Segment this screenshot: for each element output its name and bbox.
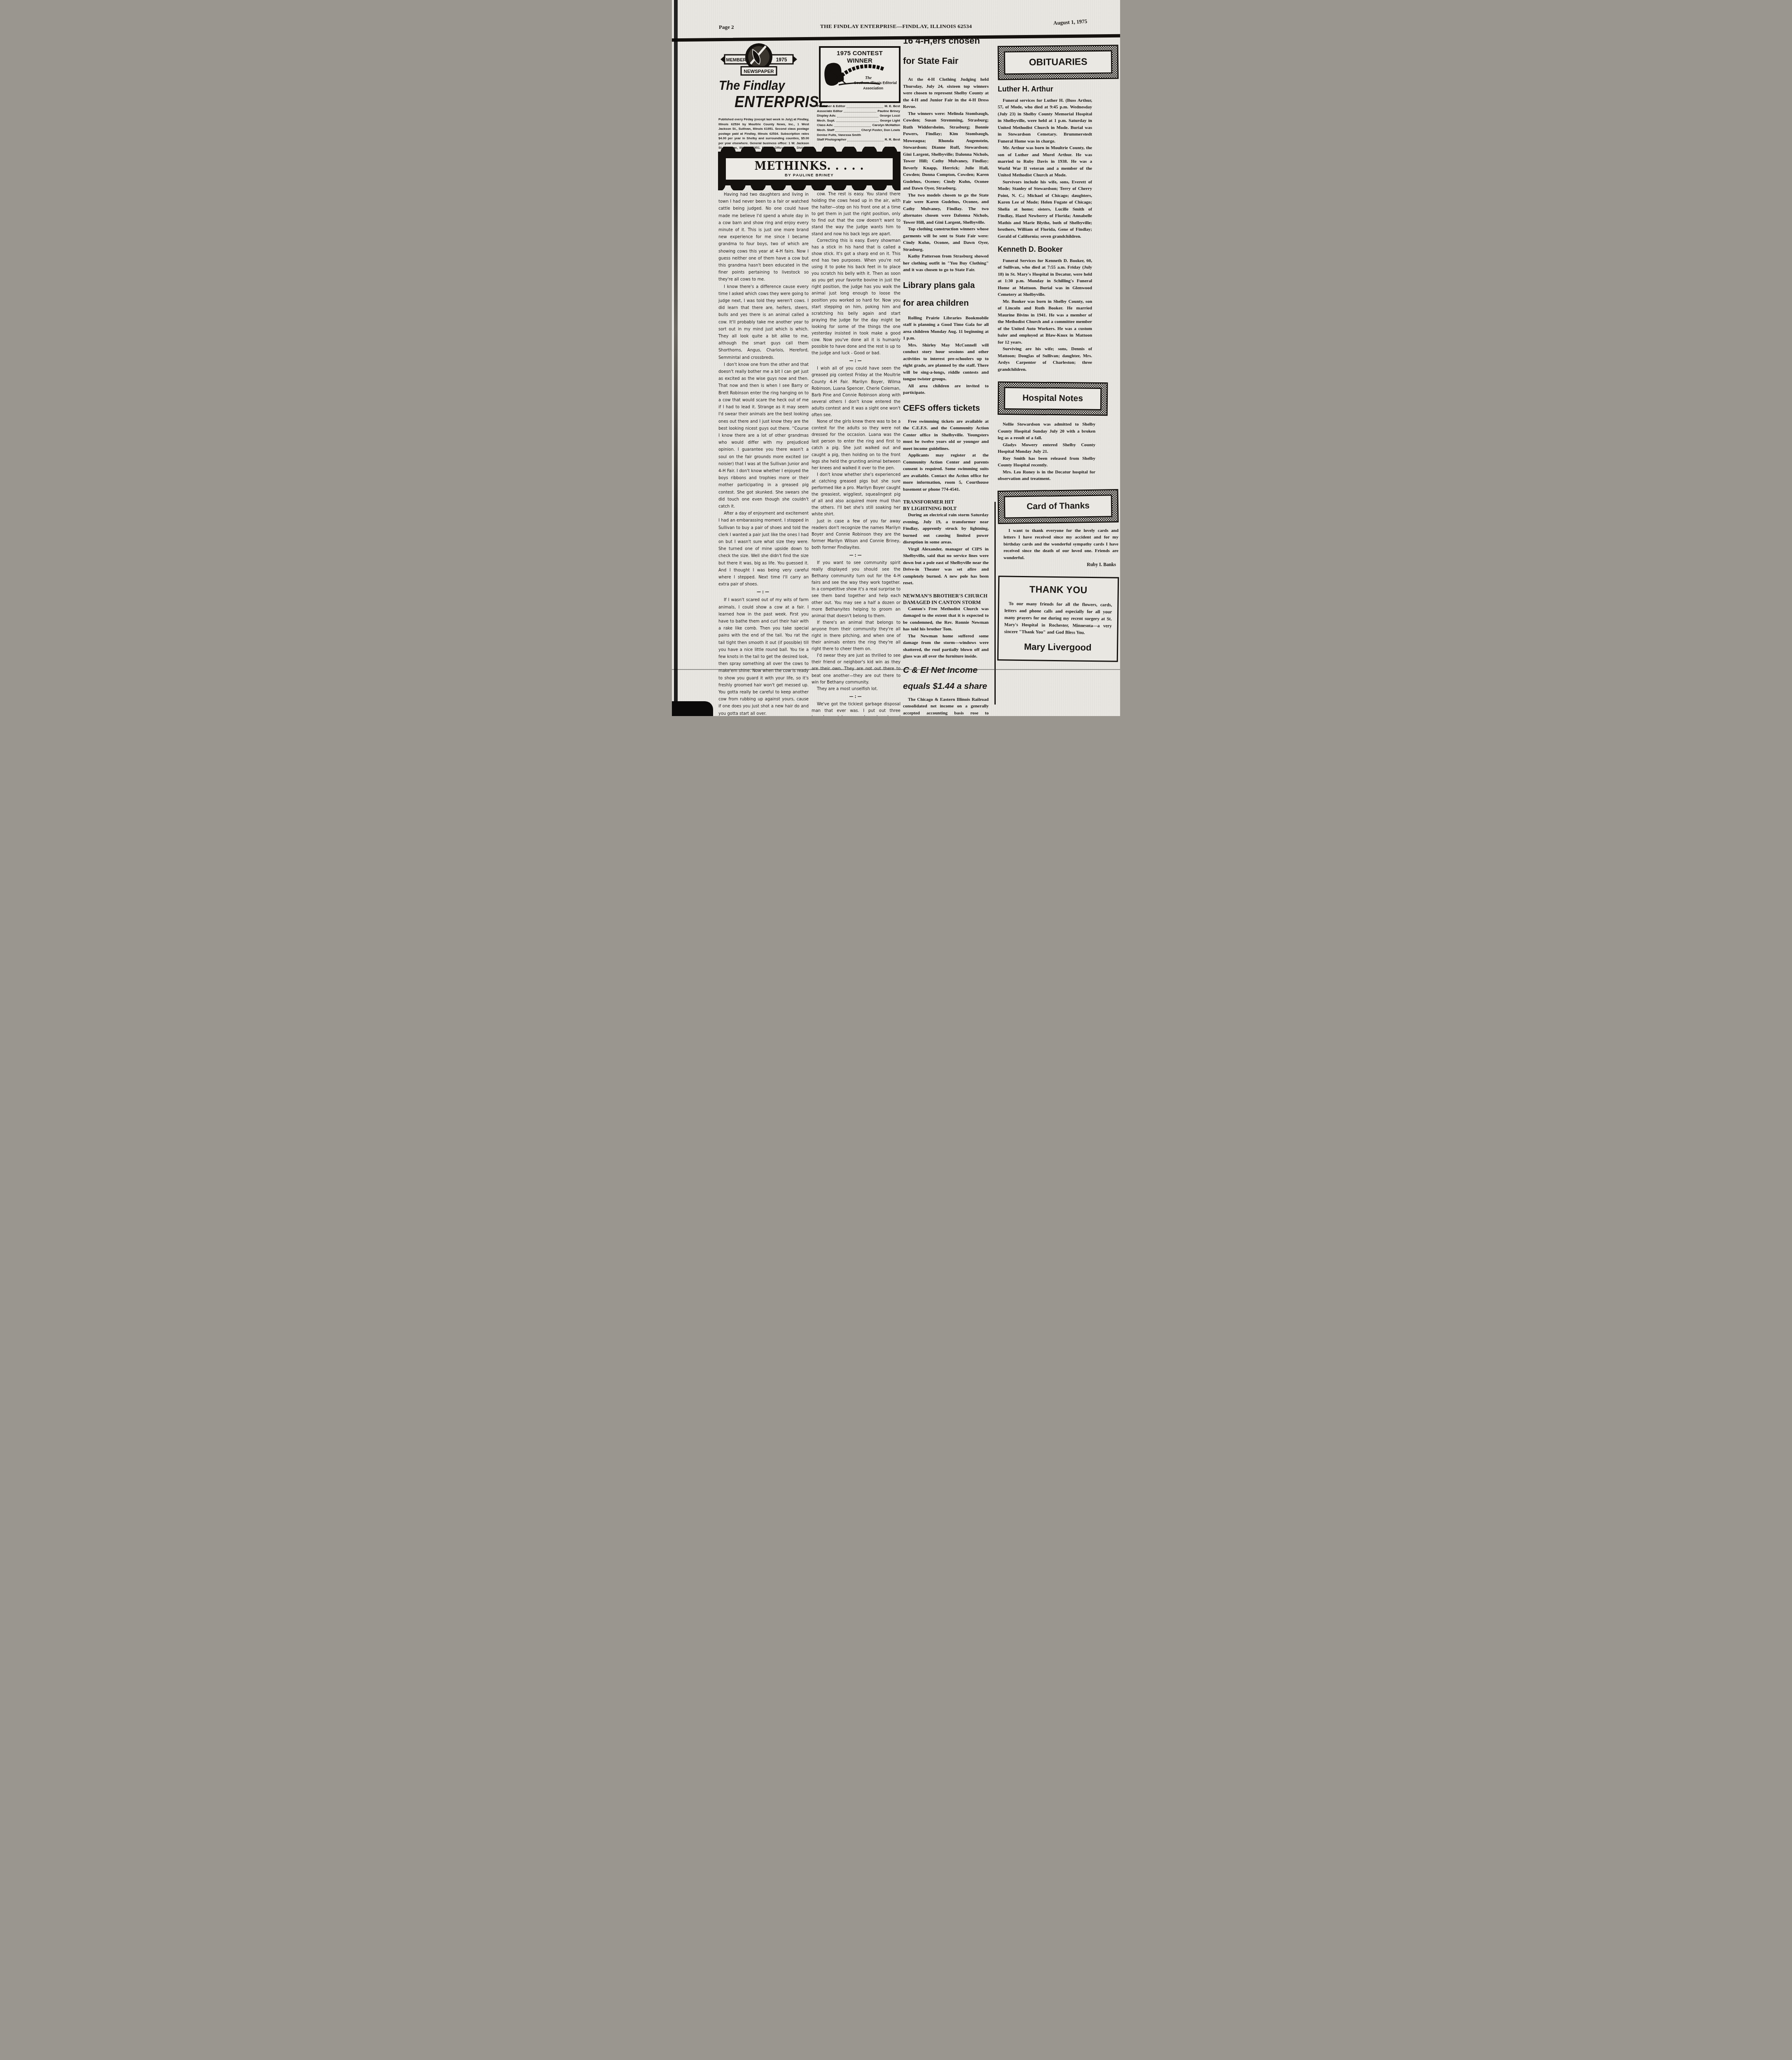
paragraph: I want to thank everyone for the lovely … [1004,527,1118,562]
section-divider: —:— [718,589,809,596]
association-name-line1: Southern Illinois Editorial [854,81,897,85]
paragraph: They are a most unselfish lot. [812,686,901,693]
staff-row: Associate EditorPauline Briney [817,109,900,114]
staff-name: Denise Fults, Vanessa Smith [817,133,861,138]
obituary-name: Kenneth D. Booker [998,246,1118,253]
signature: Mary Livergood [1004,641,1111,653]
association-name-line2: Association [863,86,883,90]
obituary-kenneth-booker: Kenneth D. Booker Funeral Services for K… [998,246,1118,373]
paragraph: At the 4-H Clothing Judging held Thursda… [903,76,989,110]
card-of-thanks-body: I want to thank everyone for the lovely … [998,523,1118,568]
thank-you-ad: THANK YOU To our many friends for all th… [997,576,1119,662]
nameplate-title-line2: ENTERPRISE [735,93,829,111]
staff-label: Display Adv. [817,113,836,118]
obituaries-column: OBITUARIES Luther H. Arthur Funeral serv… [998,45,1118,661]
paragraph: If you want to see community spirit real… [812,560,901,620]
paragraph: Mrs. Leo Roney is in the Decatur hospita… [998,469,1095,482]
staff-name: R. R. Best [885,137,900,142]
scan-line-artifact [672,669,1120,670]
staff-row: Mech. StaffCheryl Foster, Don Lewis [817,128,900,133]
staff-list: Publisher & EditorM. E. Best Associate E… [817,104,900,142]
paragraph: Mr. Booker was born in Shelby County, so… [998,298,1092,346]
article-library-gala: Library plans gala for area children Rol… [903,274,989,396]
staff-row: Denise Fults, Vanessa Smith [817,133,900,138]
hospital-notes-box: Hospital Notes [998,382,1108,416]
article-transformer: TRANSFORMER HIT BY LIGHTNING BOLT During… [903,493,989,587]
staff-label: Mech. Staff [817,128,834,133]
association-the: The [865,76,872,80]
nameplate-title-line1: The Findlay [719,78,785,93]
paragraph: After a day of enjoyment and excitement … [718,510,809,588]
paragraph: I know there's a difference cause every … [718,283,809,361]
thank-you-title: THANK YOU [1005,583,1112,596]
paragraph: None of the girls knew there was to be a… [812,419,901,472]
paragraph: If I wasn't scared out of my wits of far… [718,597,809,716]
paragraph: Funeral Services for Kenneth D. Booker, … [998,257,1092,298]
staff-label: Associate Editor [817,109,842,114]
paragraph: Nellie Stewardson was admitted to Shelby… [998,421,1095,442]
press-association-badge: MEMBER 1975 NEWSPAPER [720,41,798,79]
paragraph: The two models chosen to go the State Fa… [903,192,989,226]
paragraph: The winners were: Melinda Stombaugh, Cow… [903,110,989,192]
section-divider: —:— [812,358,901,365]
paragraph: All area children are invited to partici… [903,383,989,396]
paragraph: cow. The rest is easy. You stand there h… [812,191,901,238]
staff-row: Publisher & EditorM. E. Best [817,104,900,109]
news-column: 16 4-H,ers chosen for State Fair At the … [903,36,989,716]
newspaper-page: Page 2 THE FINDLAY ENTERPRISE—FINDLAY, I… [672,0,1120,716]
paragraph: Rolling Prairie Libraries Bookmobile sta… [903,315,989,342]
obituaries-box-title: OBITUARIES [1004,50,1113,75]
paragraph: Survivors include his wife, sons, Everet… [998,179,1092,240]
hospital-notes-body: Nellie Stewardson was admitted to Shelby… [998,415,1118,482]
paragraph: To our many friends for all the flowers,… [1004,600,1112,637]
staff-label: Class Adv. [817,123,833,128]
paragraph: Gladys Mowery entered Shelby County Hosp… [998,442,1095,455]
staff-name: Cheryl Foster, Don Lewis [861,128,900,133]
staff-name: Carolyn McHatton [872,123,900,128]
paragraph: Funeral services for Luther H. (Buss Art… [998,97,1092,145]
subheadline: TRANSFORMER HIT [903,499,989,505]
paragraph: During an electrical rain storm Saturday… [903,512,989,546]
paragraph: The Chicago & Eastern Illinois Railroad … [903,696,989,716]
scan-blob-bottom-left [672,701,713,716]
card-of-thanks-title: Card of Thanks [1004,494,1113,519]
section-divider: —:— [812,552,901,559]
section-divider: —:— [812,693,901,700]
paragraph: I wish all of you could have seen the gr… [812,365,901,419]
paragraph: Mr. Arthur was born in Moultrie County, … [998,145,1092,179]
headline: equals $1.44 a share [903,682,989,691]
methinks-column-1: Having had two daughters and living in t… [718,191,809,716]
paragraph: We've got the tickiest garbage disposal … [812,701,901,716]
paragraph: Top clothing construction winners whose … [903,226,989,253]
paragraph: Just in case a few of you far away reade… [812,518,901,551]
contest-winner-box: 1975 CONTEST WINNER The Southern Illinoi… [819,46,901,103]
obituaries-box: OBITUARIES [998,44,1119,80]
staff-label: Publisher & Editor [817,104,845,109]
obituary-luther-arthur: Luther H. Arthur Funeral services for Lu… [998,86,1118,240]
paragraph: The Newman home suffered some damage fro… [903,633,989,660]
staff-name: George Lozzi [880,113,900,118]
paragraph: If there's an animal that belongs to any… [812,620,901,653]
svg-text:NEWSPAPER: NEWSPAPER [744,69,774,74]
staff-name: M. E. Best [884,104,900,109]
card-of-thanks-box: Card of Thanks [997,489,1118,524]
methinks-column-2: cow. The rest is easy. You stand there h… [812,191,901,716]
paragraph: I don't know one from the other and that… [718,361,809,510]
paragraph: Virgil Alexander, manager of CIPS in She… [903,546,989,587]
paragraph: Surviving are his wife; sons, Dennis of … [998,346,1092,373]
methinks-byline: BY PAULINE BRINEY [726,173,893,178]
subheadline: NEWMAN'S BROTHER'S CHURCH [903,592,989,599]
svg-text:1975: 1975 [776,57,787,63]
paragraph: Applicants may register at the Community… [903,452,989,493]
article-newman-church: NEWMAN'S BROTHER'S CHURCH DAMAGED IN CAN… [903,587,989,660]
headline: 16 4-H,ers chosen [903,36,986,46]
obituary-name: Luther H. Arthur [998,86,1118,93]
paragraph: I don't know whether she's experienced a… [812,472,901,518]
staff-row: Mech. Supt.George Light [817,118,900,123]
paragraph: Having had two daughters and living in t… [718,191,809,283]
press-seal-icon: MEMBER 1975 NEWSPAPER [720,41,798,79]
staff-name: Pauline Briney [877,109,900,114]
paragraph: Free swimming tickets are available at t… [903,418,989,452]
staff-label: Mech. Supt. [817,118,835,123]
hospital-notes-title: Hospital Notes [1004,387,1102,410]
column-rule [994,502,996,705]
paragraph: Roy Smith has been released from Shelby … [998,455,1095,469]
paragraph: Mrs. Shirley May McConnell will conduct … [903,342,989,383]
headline: for area children [903,299,986,307]
article-state-fair: 16 4-H,ers chosen for State Fair At the … [903,36,989,274]
banner-scallop-bottom [718,184,901,190]
paragraph: Correcting this is easy. Every showman h… [812,238,901,357]
signature: Ruby I. Banks [998,562,1118,567]
paragraph: Canton's Free Methodist Church was damag… [903,606,989,633]
staff-name: George Light [880,118,900,123]
header-rule [672,34,1120,42]
subheadline: BY LIGHTNING BOLT [903,505,989,512]
staff-row: Class Adv.Carolyn McHatton [817,123,900,128]
staff-row: Display Adv.George Lozzi [817,113,900,118]
subheadline: DAMAGED IN CANTON STORM [903,599,989,606]
headline: for State Fair [903,56,986,66]
paragraph: Kathy Patterson from Strasburg showed he… [903,253,989,274]
article-cei-income: C & EI Net Income equals $1.44 a share T… [903,660,989,716]
methinks-banner: METHINKS. . . . . BY PAULINE BRINEY [718,147,901,190]
methinks-title: METHINKS. . . . . [729,160,889,173]
article-cefs-tickets: CEFS offers tickets Free swimming ticket… [903,396,989,493]
scan-edge-left [674,0,678,716]
staff-row: Staff PhotographerR. R. Best [817,137,900,142]
staff-label: Staff Photographer [817,137,846,142]
headline: C & EI Net Income [903,666,989,674]
headline: CEFS offers tickets [903,404,986,412]
newspaper-header-title: THE FINDLAY ENTERPRISE—FINDLAY, ILLINOIS… [672,23,1120,30]
headline: Library plans gala [903,281,986,290]
svg-text:MEMBER: MEMBER [726,58,746,63]
